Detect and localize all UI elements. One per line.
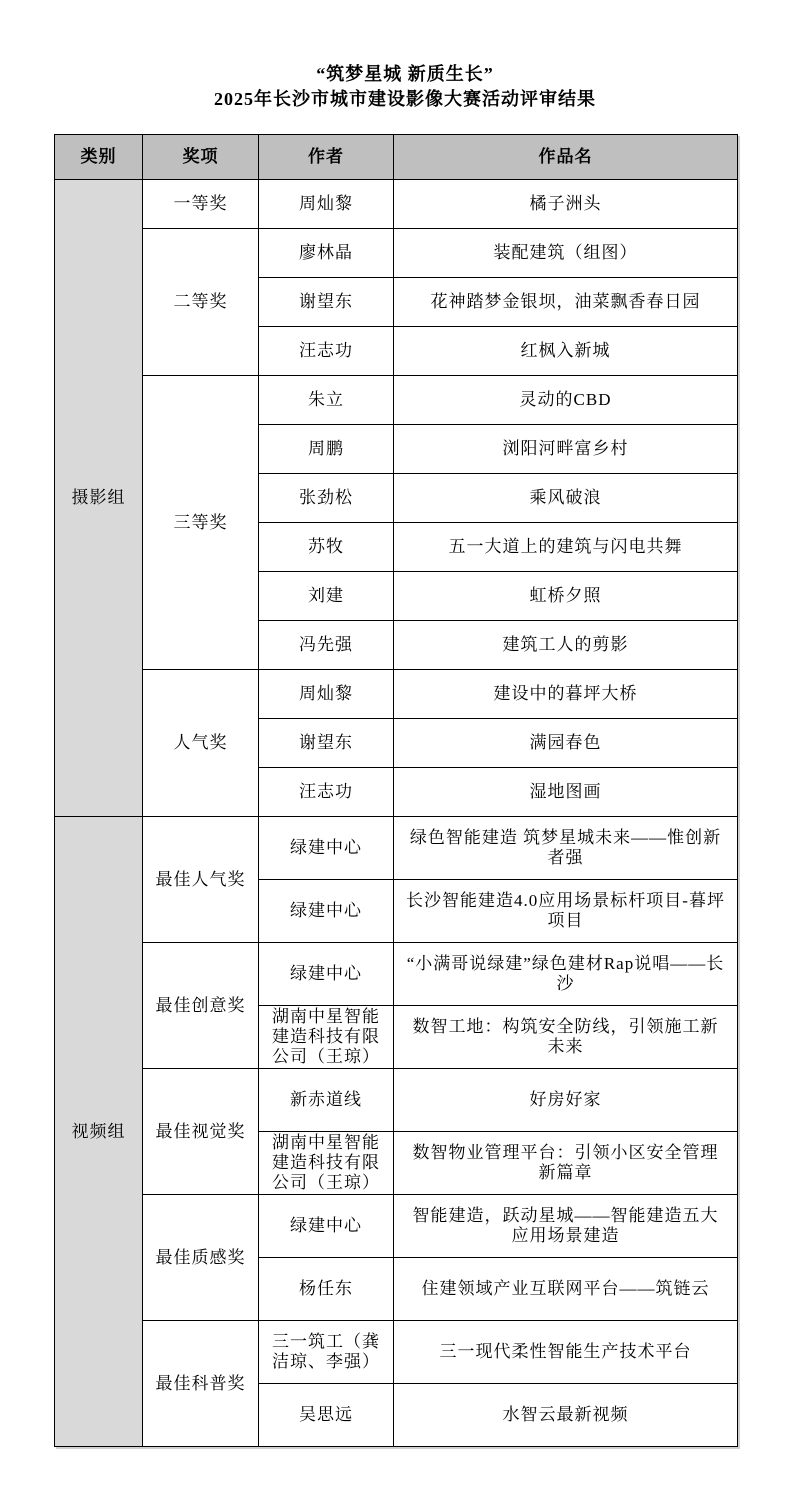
table-row: 最佳创意奖绿建中心“小满哥说绿建”绿色建材Rap说唱——长沙 [55, 943, 738, 1006]
author-cell: 谢望东 [259, 719, 394, 768]
work-cell: 红枫入新城 [394, 327, 738, 376]
table-row: 三等奖朱立灵动的CBD [55, 376, 738, 425]
author-cell: 苏牧 [259, 523, 394, 572]
award-cell: 最佳视觉奖 [143, 1069, 259, 1195]
work-cell: 虹桥夕照 [394, 572, 738, 621]
author-cell: 湖南中星智能建造科技有限公司（王琼） [259, 1006, 394, 1069]
author-cell: 朱立 [259, 376, 394, 425]
work-cell: 数智物业管理平台：引领小区安全管理新篇章 [394, 1132, 738, 1195]
author-cell: 周鹏 [259, 425, 394, 474]
author-cell: 绿建中心 [259, 1195, 394, 1258]
author-cell: 汪志功 [259, 768, 394, 817]
awards-table: 类别 奖项 作者 作品名 摄影组一等奖周灿黎橘子洲头二等奖廖林晶装配建筑（组图）… [54, 134, 738, 1447]
table-row: 二等奖廖林晶装配建筑（组图） [55, 229, 738, 278]
author-cell: 张劲松 [259, 474, 394, 523]
work-cell: 灵动的CBD [394, 376, 738, 425]
author-cell: 汪志功 [259, 327, 394, 376]
author-cell: 周灿黎 [259, 180, 394, 229]
author-cell-text: 湖南中星智能建造科技有限公司（王琼） [269, 1133, 383, 1193]
title-line-1: “筑梦星城 新质生长” [0, 62, 810, 87]
award-cell: 人气奖 [143, 670, 259, 817]
award-cell: 最佳人气奖 [143, 817, 259, 943]
col-header-author: 作者 [259, 135, 394, 180]
work-cell: 三一现代柔性智能生产技术平台 [394, 1321, 738, 1384]
author-cell: 绿建中心 [259, 943, 394, 1006]
work-cell: 乘风破浪 [394, 474, 738, 523]
author-cell: 周灿黎 [259, 670, 394, 719]
work-cell: 满园春色 [394, 719, 738, 768]
work-cell: 水智云最新视频 [394, 1384, 738, 1447]
author-cell: 绿建中心 [259, 880, 394, 943]
work-cell: 装配建筑（组图） [394, 229, 738, 278]
work-cell: 长沙智能建造4.0应用场景标杆项目-暮坪项目 [394, 880, 738, 943]
table-row: 摄影组一等奖周灿黎橘子洲头 [55, 180, 738, 229]
work-cell: 花神踏梦金银坝，油菜飘香春日园 [394, 278, 738, 327]
work-cell: 住建领域产业互联网平台——筑链云 [394, 1258, 738, 1321]
work-cell: 好房好家 [394, 1069, 738, 1132]
title-line-2: 2025年长沙市城市建设影像大赛活动评审结果 [0, 87, 810, 112]
author-cell: 廖林晶 [259, 229, 394, 278]
author-cell: 绿建中心 [259, 817, 394, 880]
work-cell: 数智工地：构筑安全防线，引领施工新未来 [394, 1006, 738, 1069]
col-header-work: 作品名 [394, 135, 738, 180]
award-cell: 最佳质感奖 [143, 1195, 259, 1321]
work-cell: “小满哥说绿建”绿色建材Rap说唱——长沙 [394, 943, 738, 1006]
author-cell: 杨任东 [259, 1258, 394, 1321]
table-row: 最佳质感奖绿建中心智能建造，跃动星城——智能建造五大应用场景建造 [55, 1195, 738, 1258]
work-cell: 橘子洲头 [394, 180, 738, 229]
author-cell: 冯先强 [259, 621, 394, 670]
work-cell: 浏阳河畔富乡村 [394, 425, 738, 474]
author-cell: 三一筑工（龚洁琼、李强） [259, 1321, 394, 1384]
table-row: 人气奖周灿黎建设中的暮坪大桥 [55, 670, 738, 719]
award-cell: 二等奖 [143, 229, 259, 376]
document-page: “筑梦星城 新质生长” 2025年长沙市城市建设影像大赛活动评审结果 类别 奖项… [0, 0, 810, 1502]
category-cell: 摄影组 [55, 180, 143, 817]
author-cell: 谢望东 [259, 278, 394, 327]
work-cell: 五一大道上的建筑与闪电共舞 [394, 523, 738, 572]
author-cell: 湖南中星智能建造科技有限公司（王琼） [259, 1132, 394, 1195]
document-title: “筑梦星城 新质生长” 2025年长沙市城市建设影像大赛活动评审结果 [0, 0, 810, 112]
author-cell: 吴思远 [259, 1384, 394, 1447]
work-cell: 智能建造，跃动星城——智能建造五大应用场景建造 [394, 1195, 738, 1258]
header-row: 类别 奖项 作者 作品名 [55, 135, 738, 180]
table-row: 视频组最佳人气奖绿建中心绿色智能建造 筑梦星城未来——惟创新者强 [55, 817, 738, 880]
award-cell: 三等奖 [143, 376, 259, 670]
table-row: 最佳视觉奖新赤道线好房好家 [55, 1069, 738, 1132]
col-header-award: 奖项 [143, 135, 259, 180]
award-cell: 一等奖 [143, 180, 259, 229]
col-header-category: 类别 [55, 135, 143, 180]
author-cell: 新赤道线 [259, 1069, 394, 1132]
author-cell: 刘建 [259, 572, 394, 621]
author-cell-text: 湖南中星智能建造科技有限公司（王琼） [269, 1007, 383, 1067]
category-cell: 视频组 [55, 817, 143, 1447]
work-cell: 湿地图画 [394, 768, 738, 817]
award-cell: 最佳创意奖 [143, 943, 259, 1069]
work-cell: 绿色智能建造 筑梦星城未来——惟创新者强 [394, 817, 738, 880]
work-cell: 建设中的暮坪大桥 [394, 670, 738, 719]
award-cell: 最佳科普奖 [143, 1321, 259, 1447]
work-cell: 建筑工人的剪影 [394, 621, 738, 670]
table-row: 最佳科普奖三一筑工（龚洁琼、李强）三一现代柔性智能生产技术平台 [55, 1321, 738, 1384]
